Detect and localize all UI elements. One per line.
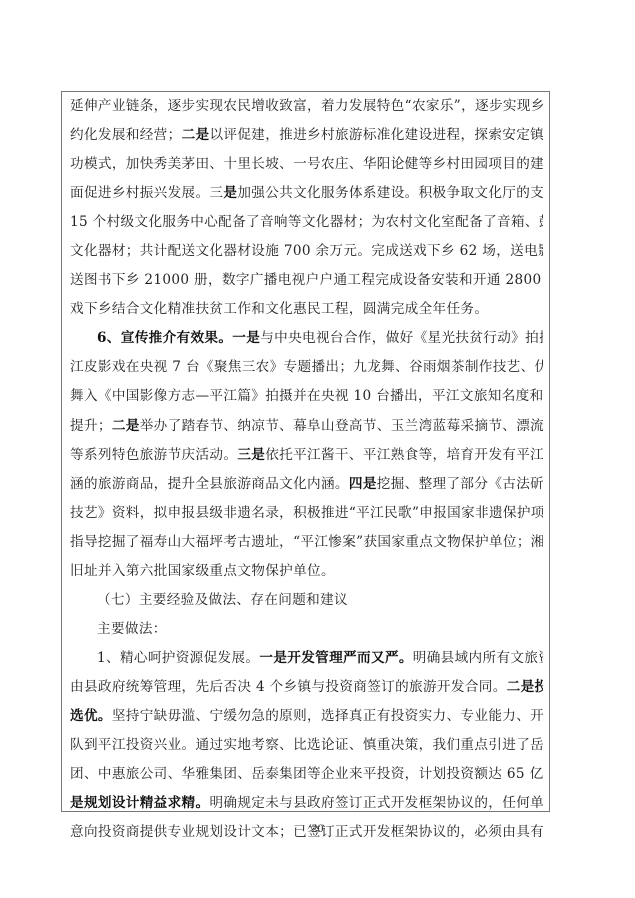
text-line: 15 个村级文化服务中心配备了音响等文化器材；为农村文化室配备了音箱、鼓、钹、锣… bbox=[70, 208, 543, 237]
text-span: 队到平江投资兴业。通过实地考察、比选论证、慎重决策，我们重点引进了岳阳市城投集 bbox=[70, 737, 543, 753]
bold-text: 是规划设计精益求精。 bbox=[70, 795, 209, 811]
text-line: 旧址并入第六批国家级重点文物保护单位。 bbox=[70, 557, 543, 586]
bold-text: 6、宣传推介有效果。一是 bbox=[97, 330, 260, 346]
text-line: 文化器材；共计配送文化器材设施 700 余万元。完成送戏下乡 62 场，送电影下… bbox=[70, 237, 543, 266]
text-span: 涵的旅游商品，提升全县旅游商品文化内涵。 bbox=[70, 476, 349, 492]
bold-text: 四是 bbox=[349, 476, 377, 492]
text-span: 功模式，加快秀美茅田、十里长坡、一号农庄、华阳论健等乡村田园项目的建设，以点带 bbox=[70, 156, 543, 172]
text-span: 由县政府统筹管理，先后否决 4 个乡镇与投资商签订的旅游开发合同。 bbox=[70, 679, 507, 695]
bold-text: 一是开发管理严而又严。 bbox=[259, 650, 412, 666]
text-span: 主要做法： bbox=[97, 621, 167, 637]
text-line: 功模式，加快秀美茅田、十里长坡、一号农庄、华阳论健等乡村田园项目的建设，以点带 bbox=[70, 150, 543, 179]
text-span: 面促进乡村振兴发展。三 bbox=[70, 185, 223, 201]
text-line: 江皮影戏在央视 7 台《聚焦三农》专题播出；九龙舞、谷雨烟茶制作技艺、伏羲八卦竹… bbox=[70, 353, 543, 382]
text-line: 送图书下乡 21000 册，数字广播电视户户通工程完成设备安装和开通 2800 … bbox=[70, 266, 543, 295]
text-line: 主要做法： bbox=[70, 615, 543, 644]
text-span: 依托平江酱干、平江熟食等，培育开发有平江特色文化内 bbox=[265, 447, 543, 463]
text-span: 旧址并入第六批国家级重点文物保护单位。 bbox=[70, 563, 335, 579]
text-span: 舞入《中国影像方志—平江篇》拍摄并在央视 10 台播出，平江文旅知名度和影响力大… bbox=[70, 388, 543, 404]
text-line: 提升；二是举办了踏春节、纳凉节、幕阜山登高节、玉兰湾蓝莓采摘节、漂流玩水欢乐季 bbox=[70, 412, 543, 441]
text-span: 指导挖掘了福寿山大福坪考古遗址，“平江惨案”获国家重点文物保护单位；湘鄂赣革命 bbox=[70, 534, 543, 550]
text-span: 江皮影戏在央视 7 台《聚焦三农》专题播出；九龙舞、谷雨烟茶制作技艺、伏羲八卦竹… bbox=[70, 359, 543, 375]
text-line: 技艺》资料，拟申报县级非遗名录，积极推进“平江民歌”申报国家非遗保护项目。五是 bbox=[70, 499, 543, 528]
text-span: 戏下乡结合文化精准扶贫工作和文化惠民工程，圆满完成全年任务。 bbox=[70, 301, 488, 317]
text-line: 面促进乡村振兴发展。三是加强公共文化服务体系建设。积极争取文化厅的支持，为全县 bbox=[70, 179, 543, 208]
text-span: 以评促建，推进乡村旅游标准化建设进程，探索安定镇横冲村的成 bbox=[209, 127, 543, 143]
text-line: 是规划设计精益求精。明确规定未与县政府签订正式开发框架协议的，任何单位不得要求 bbox=[70, 789, 543, 818]
text-line: 队到平江投资兴业。通过实地考察、比选论证、慎重决策，我们重点引进了岳阳市城投集 bbox=[70, 731, 543, 760]
text-line: 选优。坚持宁缺毋滥、宁缓勿急的原则，选择真正有投资实力、专业能力、开发毅力的团 bbox=[70, 702, 543, 731]
text-line: 延伸产业链条，逐步实现农民增收致富，着力发展特色“农家乐”，逐步实现乡村旅游集 bbox=[70, 92, 543, 121]
text-span: 加强公共文化服务体系建设。积极争取文化厅的支持，为全县 bbox=[237, 185, 543, 201]
text-span: 坚持宁缺毋滥、宁缓勿急的原则，选择真正有投资实力、专业能力、开发毅力的团 bbox=[112, 708, 543, 724]
text-line: 等系列特色旅游节庆活动。三是依托平江酱干、平江熟食等，培育开发有平江特色文化内 bbox=[70, 441, 543, 470]
text-line: （七）主要经验及做法、存在问题和建议 bbox=[70, 586, 543, 615]
text-line: 由县政府统筹管理，先后否决 4 个乡镇与投资商签订的旅游开发合同。二是投资主体优… bbox=[70, 673, 543, 702]
text-span: 15 个村级文化服务中心配备了音响等文化器材；为农村文化室配备了音箱、鼓、钹、锣… bbox=[70, 214, 543, 230]
bold-text: 是 bbox=[223, 185, 237, 201]
bold-text: 三是 bbox=[237, 447, 265, 463]
text-span: 延伸产业链条，逐步实现农民增收致富，着力发展特色“农家乐”，逐步实现乡村旅游集 bbox=[70, 98, 543, 114]
bold-text: 二是投资主体优中 bbox=[507, 679, 543, 695]
text-span: 挖掘、整理了部分《古法斫琴》《棕编 bbox=[377, 476, 543, 492]
text-span: 团、中惠旅公司、华雅集团、岳泰集团等企业来平投资，计划投资额达 65 亿元以上。 bbox=[70, 766, 543, 782]
text-line: 6、宣传推介有效果。一是与中央电视台合作，做好《星光扶贫行动》拍摄工作，平 bbox=[70, 324, 543, 353]
bold-text: 二是 bbox=[112, 418, 140, 434]
page-number: 20 bbox=[0, 821, 635, 836]
text-span: 技艺》资料，拟申报县级非遗名录，积极推进“平江民歌”申报国家非遗保护项目。 bbox=[70, 505, 543, 521]
text-line: 舞入《中国影像方志—平江篇》拍摄并在央视 10 台播出，平江文旅知名度和影响力大… bbox=[70, 382, 543, 411]
text-line: 1、精心呵护资源促发展。一是开发管理严而又严。明确县域内所有文旅资源的开发 bbox=[70, 644, 543, 673]
text-span: 明确规定未与县政府签订正式开发框架协议的，任何单位不得要求 bbox=[209, 795, 543, 811]
bold-text: 选优。 bbox=[70, 708, 112, 724]
text-span: 提升； bbox=[70, 418, 112, 434]
text-span: 举办了踏春节、纳凉节、幕阜山登高节、玉兰湾蓝莓采摘节、漂流玩水欢乐季 bbox=[140, 418, 543, 434]
text-span: 明确县域内所有文旅资源的开发 bbox=[413, 650, 543, 666]
document-text-box: 延伸产业链条，逐步实现农民增收致富，着力发展特色“农家乐”，逐步实现乡村旅游集约… bbox=[61, 91, 550, 812]
text-span: 与中央电视台合作，做好《星光扶贫行动》拍摄工作，平 bbox=[260, 330, 543, 346]
bold-text: 二是 bbox=[182, 127, 210, 143]
text-line: 指导挖掘了福寿山大福坪考古遗址，“平江惨案”获国家重点文物保护单位；湘鄂赣革命 bbox=[70, 528, 543, 557]
text-span: 1、精心呵护资源促发展。 bbox=[97, 650, 259, 666]
text-line: 涵的旅游商品，提升全县旅游商品文化内涵。四是挖掘、整理了部分《古法斫琴》《棕编 bbox=[70, 470, 543, 499]
document-body: 延伸产业链条，逐步实现农民增收致富，着力发展特色“农家乐”，逐步实现乡村旅游集约… bbox=[70, 92, 543, 847]
text-line: 戏下乡结合文化精准扶贫工作和文化惠民工程，圆满完成全年任务。 bbox=[70, 295, 543, 324]
text-span: 送图书下乡 21000 册，数字广播电视户户通工程完成设备安装和开通 2800 … bbox=[70, 272, 543, 288]
text-line: 约化发展和经营；二是以评促建，推进乡村旅游标准化建设进程，探索安定镇横冲村的成 bbox=[70, 121, 543, 150]
text-span: （七）主要经验及做法、存在问题和建议 bbox=[97, 592, 348, 608]
text-span: 文化器材；共计配送文化器材设施 700 余万元。完成送戏下乡 62 场，送电影下… bbox=[70, 243, 543, 259]
text-span: 约化发展和经营； bbox=[70, 127, 182, 143]
text-span: 等系列特色旅游节庆活动。 bbox=[70, 447, 237, 463]
text-line: 团、中惠旅公司、华雅集团、岳泰集团等企业来平投资，计划投资额达 65 亿元以上。… bbox=[70, 760, 543, 789]
